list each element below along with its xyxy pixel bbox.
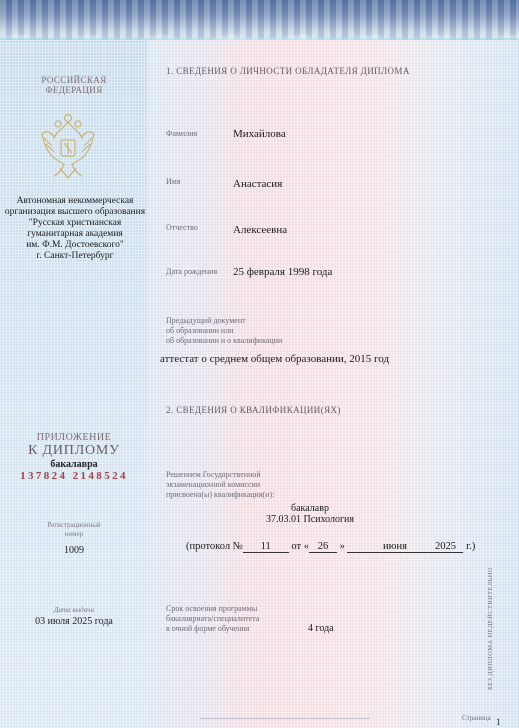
prev-doc-label-line: об образовании или [166, 326, 282, 336]
org-line: г. Санкт-Петербург [0, 251, 150, 262]
reg-label-line-1: Регистрационный [0, 521, 148, 530]
bottom-rule [200, 718, 370, 719]
org-line: им. Ф.М. Достоевского" [0, 240, 150, 251]
protocol-day: 26 [309, 541, 337, 553]
surname-label: Фамилия [166, 129, 197, 138]
org-line: гуманитарная академия [0, 229, 150, 240]
decision-label: Решением Государственной экзаменационной… [166, 470, 274, 500]
patronymic-label: Отчество [166, 223, 198, 232]
name-value: Анастасия [233, 178, 282, 190]
issue-date-label: Дата выдачи [0, 606, 148, 614]
organization-name: Автономная некоммерческая организация вы… [0, 196, 150, 262]
serial-number: 137824 2148524 [0, 470, 148, 482]
name-label: Имя [166, 177, 181, 186]
org-line: организация высшего образования [0, 207, 150, 218]
specialty-value: 37.03.01 Психология [150, 514, 470, 525]
prev-doc-label-line: Предыдущий документ [166, 316, 282, 326]
degree-level: бакалавра [0, 459, 148, 470]
protocol-month-year: июня2025 [347, 541, 463, 553]
prev-doc-value: аттестат о среднем общем образовании, 20… [160, 353, 389, 365]
prev-doc-label-line: об образовании и о квалификации [166, 336, 282, 346]
validity-note: БЕЗ ДИПЛОМА НЕДЕЙСТВИТЕЛЬНО [487, 567, 494, 690]
appendix-title-line2: К ДИПЛОМУ [0, 443, 148, 459]
patronymic-value: Алексеевна [233, 224, 287, 236]
protocol-quote: » [340, 541, 345, 552]
country-title: РОССИЙСКАЯ ФЕДЕРАЦИЯ [0, 75, 148, 95]
protocol-line: (протокол №11 от «26 » июня2025 г.) [186, 541, 475, 553]
ornament-line [0, 38, 519, 40]
issue-date: 03 июля 2025 года [0, 616, 148, 627]
protocol-month: июня [355, 541, 435, 552]
dob-value: 25 февраля 1998 года [233, 266, 332, 278]
duration-label-line: в очной форме обучения [166, 624, 259, 634]
page-label: Страница [462, 714, 491, 722]
country-line-2: ФЕДЕРАЦИЯ [0, 85, 148, 95]
diploma-appendix-page: РОССИЙСКАЯ ФЕДЕРАЦИЯ Автономная некоммер… [0, 0, 519, 728]
coat-of-arms-icon [38, 112, 98, 180]
dob-label: Дата рождения [166, 267, 217, 276]
reg-label-line-2: номер [0, 530, 148, 539]
surname-value: Михайлова [233, 128, 286, 140]
duration-label-line: бакалавриата/специалитета [166, 614, 259, 624]
protocol-from: от « [291, 541, 309, 552]
page-number: 1 [496, 717, 501, 727]
duration-label-line: Срок освоения программы [166, 604, 259, 614]
qualification-value: бакалавр [150, 503, 470, 514]
protocol-prefix: (протокол № [186, 541, 243, 552]
decision-label-line: присвоена(ы) квалификация(и): [166, 490, 274, 500]
section1-title: 1. СВЕДЕНИЯ О ЛИЧНОСТИ ОБЛАДАТЕЛЯ ДИПЛОМ… [166, 66, 410, 76]
duration-label: Срок освоения программы бакалавриата/спе… [166, 604, 259, 634]
appendix-title-line1: ПРИЛОЖЕНИЕ [0, 432, 148, 443]
protocol-suffix: г.) [466, 541, 475, 552]
prev-doc-label: Предыдущий документ об образовании или о… [166, 316, 282, 346]
org-line: Автономная некоммерческая [0, 196, 150, 207]
ornament-wave [0, 20, 519, 40]
section2-title: 2. СВЕДЕНИЯ О КВАЛИФИКАЦИИ(ЯХ) [166, 405, 341, 415]
registration-number: 1009 [0, 545, 148, 556]
ornamental-top-band [0, 0, 519, 40]
org-line: "Русская христианская [0, 218, 150, 229]
protocol-year: 2025 [435, 541, 456, 552]
duration-value: 4 года [308, 623, 334, 634]
decision-label-line: Решением Государственной [166, 470, 274, 480]
protocol-number: 11 [243, 541, 289, 553]
registration-label: Регистрационный номер [0, 521, 148, 539]
country-line-1: РОССИЙСКАЯ [0, 75, 148, 85]
decision-label-line: экзаменационной комиссии [166, 480, 274, 490]
